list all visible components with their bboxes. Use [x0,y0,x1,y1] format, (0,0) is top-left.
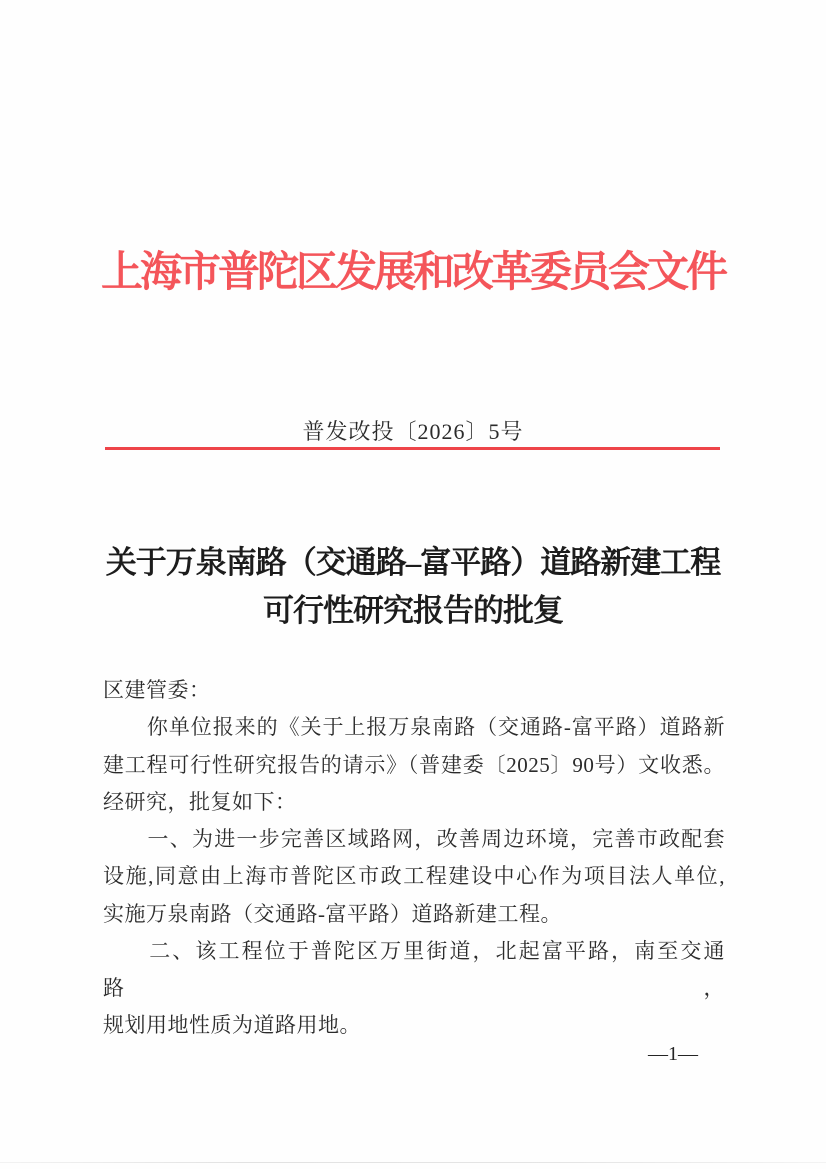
document-title: 关于万泉南路（交通路–富平路）道路新建工程 可行性研究报告的批复 [50,539,776,635]
body-line: 经研究，批复如下： [103,784,725,821]
page-number: —1— [648,1042,698,1066]
scan-edge-artifact [0,1162,826,1163]
body-line: 区建管委： [103,672,725,709]
body-line: 设施,同意由上海市普陀区市政工程建设中心作为项目法人单位, [103,858,725,895]
document-page: 上海市普陀区发展和改革委员会文件 普发改投〔2026〕5号 关于万泉南路（交通路… [0,0,826,1169]
red-separator-line [105,447,720,450]
body-line: 规划用地性质为道路用地。 [103,1007,725,1044]
document-body: 区建管委： 你单位报来的《关于上报万泉南路（交通路-富平路）道路新建工程可行性研… [103,672,725,1045]
body-line: 建工程可行性研究报告的请示》（普建委〔2025〕90号）文收悉。 [103,747,725,784]
document-number: 普发改投〔2026〕5号 [0,419,826,445]
title-line-1: 关于万泉南路（交通路–富平路）道路新建工程 [50,539,776,587]
body-line: 二、该工程位于普陀区万里街道，北起富平路，南至交通路， [103,933,725,1008]
title-line-2: 可行性研究报告的批复 [50,587,776,635]
body-line: 实施万泉南路（交通路-富平路）道路新建工程。 [103,896,725,933]
body-line: 你单位报来的《关于上报万泉南路（交通路-富平路）道路新 [103,709,725,746]
body-line: 一、为进一步完善区域路网，改善周边环境，完善市政配套 [103,821,725,858]
issuer-header: 上海市普陀区发展和改革委员会文件 [0,247,826,299]
